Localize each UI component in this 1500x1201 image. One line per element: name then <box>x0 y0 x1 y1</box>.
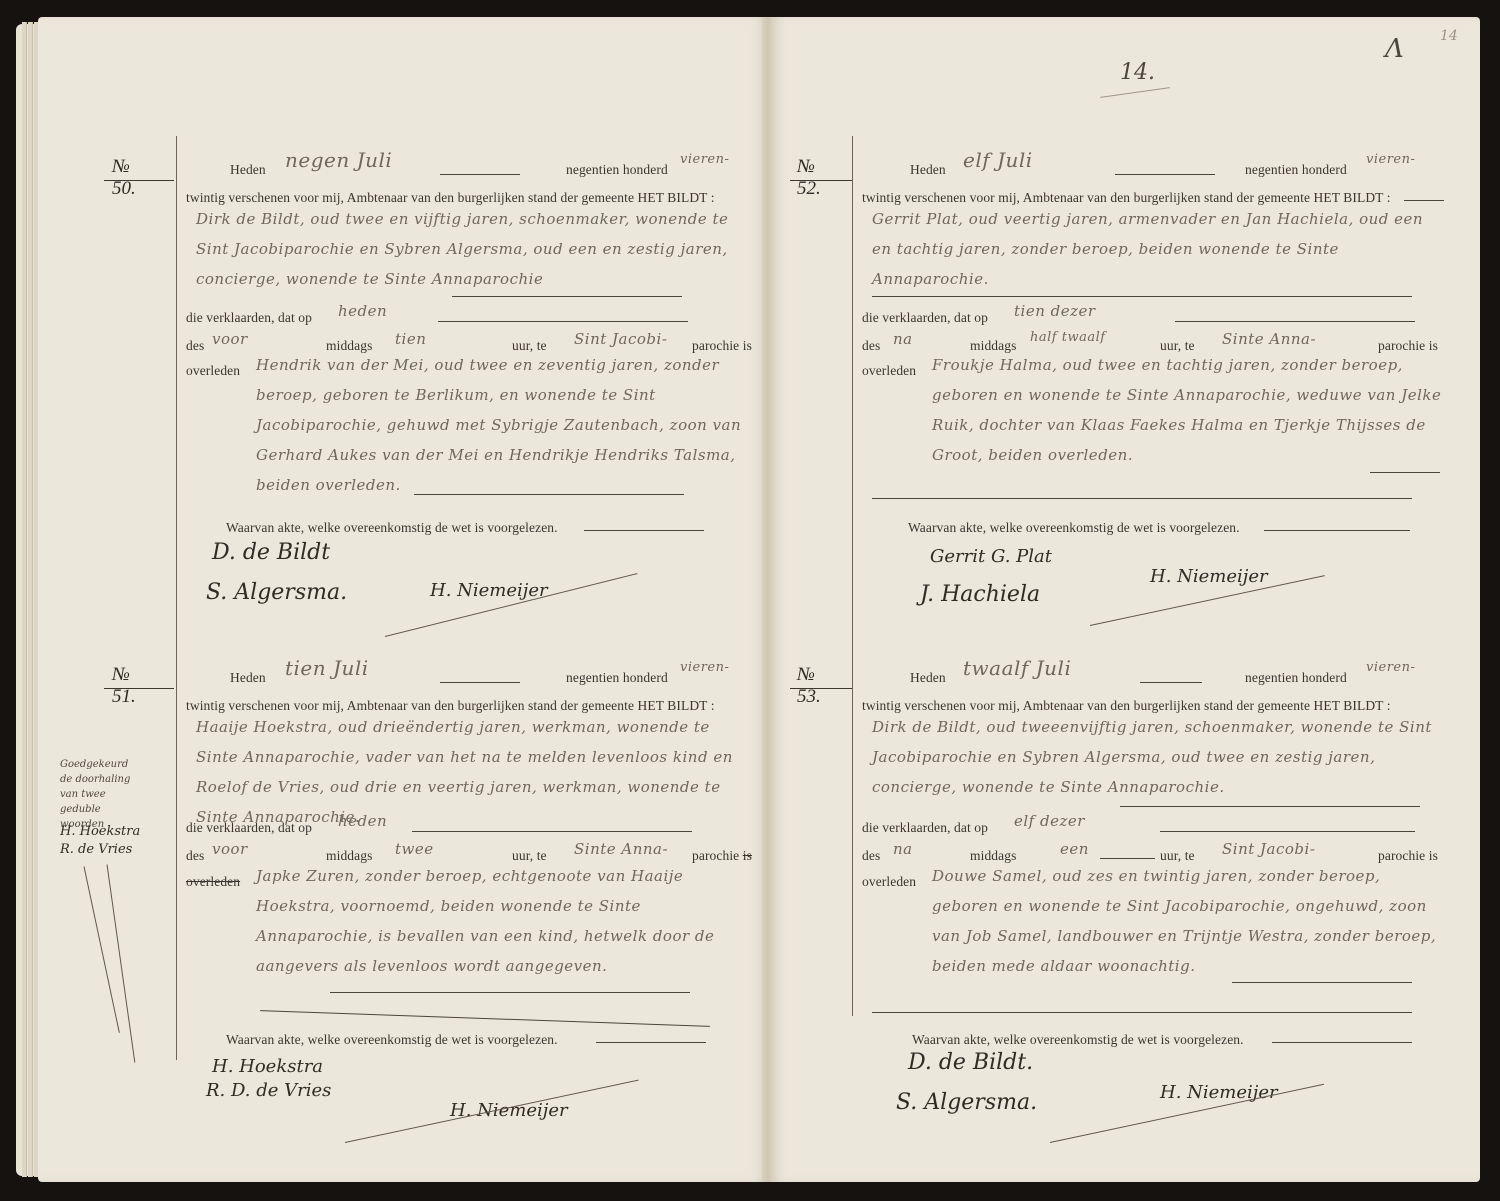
label-die-verklaarden: die verklaarden, dat op <box>862 820 988 836</box>
fill-line <box>1120 806 1420 807</box>
book-gutter <box>762 17 774 1182</box>
signature-witness-2: J. Hachiela <box>920 582 1040 607</box>
signature-registrar: H. Niemeijer <box>450 1100 568 1121</box>
signature-witness-1: D. de Bildt <box>212 540 330 565</box>
death-day: heden <box>338 812 387 830</box>
witnesses-text: Dirk de Bildt, oud twee en vijftig jaren… <box>196 204 756 294</box>
fill-line <box>1100 858 1155 859</box>
death-day: tien dezer <box>1014 302 1096 320</box>
label-des: des <box>186 848 204 864</box>
death-place: Sinte Anna- <box>574 840 668 858</box>
witnesses-text: Dirk de Bildt, oud tweeenvijftig jaren, … <box>872 712 1432 802</box>
signature-witness-1: Gerrit G. Plat <box>930 546 1052 567</box>
birth-text: Japke Zuren, zonder beroep, echtgenoote … <box>256 861 761 981</box>
label-overleden: overleden <box>186 363 240 379</box>
death-place: Sint Jacobi- <box>574 330 667 348</box>
label-heden: Heden <box>230 162 266 178</box>
year-hand: vieren- <box>1366 152 1415 167</box>
signature-witness-1: H. Hoekstra <box>212 1056 323 1077</box>
date-line <box>1115 174 1215 175</box>
voor-na: voor <box>212 330 248 348</box>
label-negentien-honderd: negentien honderd <box>1245 670 1347 686</box>
death-hour: half twaalf <box>1030 330 1106 345</box>
page-number: 14. <box>1120 60 1155 85</box>
death-place: Sinte Anna- <box>1222 330 1316 348</box>
entry-number: № 53. <box>797 664 821 708</box>
label-waarvan: Waarvan akte, welke overeenkomstig de we… <box>912 1032 1244 1048</box>
corner-number: 14 <box>1440 28 1458 44</box>
label-heden: Heden <box>910 670 946 686</box>
label-waarvan: Waarvan akte, welke overeenkomstig de we… <box>908 520 1240 536</box>
right-margin-line <box>852 136 853 1016</box>
entry-date: elf Juli <box>963 148 1033 172</box>
signature-witness-2: S. Algersma. <box>206 580 347 605</box>
label-waarvan: Waarvan akte, welke overeenkomstig de we… <box>226 1032 558 1048</box>
entry-date: tien Juli <box>285 656 369 680</box>
label-des: des <box>862 848 880 864</box>
label-des: des <box>186 338 204 354</box>
fill-line <box>1404 200 1444 201</box>
fill-line <box>330 992 690 993</box>
entry-date: twaalf Juli <box>963 656 1071 680</box>
signature-registrar: H. Niemeijer <box>1160 1082 1278 1103</box>
label-die-verklaarden: die verklaarden, dat op <box>862 310 988 326</box>
fill-line <box>452 296 682 297</box>
voor-na: na <box>893 840 913 858</box>
death-hour: een <box>1060 840 1089 858</box>
label-die-verklaarden: die verklaarden, dat op <box>186 310 312 326</box>
entry-date: negen Juli <box>285 148 392 172</box>
voor-na: na <box>893 330 913 348</box>
label-die-verklaarden: die verklaarden, dat op <box>186 820 312 836</box>
margin-note: Goedgekeurd de doorhaling van twee gedub… <box>60 757 140 832</box>
margin-signature-2: R. de Vries <box>60 842 132 857</box>
signature-registrar: H. Niemeijer <box>1150 566 1268 587</box>
signature-witness-1: D. de Bildt. <box>908 1050 1033 1075</box>
fill-line <box>872 1012 1412 1013</box>
death-hour: twee <box>395 840 434 858</box>
year-hand: vieren- <box>680 152 729 167</box>
signature-witness-2: S. Algersma. <box>896 1090 1037 1115</box>
signature-registrar: H. Niemeijer <box>430 580 548 601</box>
margin-signature-1: H. Hoekstra <box>60 824 140 839</box>
page-stack <box>28 22 33 1177</box>
fill-line <box>412 831 692 832</box>
entry-number-underline <box>104 180 174 181</box>
fill-line <box>438 321 688 322</box>
label-des: des <box>862 338 880 354</box>
death-place: Sint Jacobi- <box>1222 840 1315 858</box>
entry-number-underline <box>790 180 852 181</box>
fill-line <box>872 498 1412 499</box>
death-day: heden <box>338 302 387 320</box>
witnesses-text: Haaije Hoekstra, oud drieëndertig jaren,… <box>196 712 756 832</box>
corner-mark: Λ <box>1385 34 1404 64</box>
deceased-text: Hendrik van der Mei, oud twee en zeventi… <box>256 350 761 500</box>
label-negentien-honderd: negentien honderd <box>566 162 668 178</box>
fill-line <box>1272 1042 1412 1043</box>
date-line <box>440 682 520 683</box>
fill-line <box>414 494 684 495</box>
entry-number-underline <box>790 688 852 689</box>
fill-line <box>1160 831 1415 832</box>
signature-witness-2: R. D. de Vries <box>206 1080 331 1101</box>
deceased-text: Froukje Halma, oud twee en tachtig jaren… <box>932 350 1442 470</box>
page-stack <box>22 22 27 1177</box>
date-line <box>1140 682 1202 683</box>
fill-line <box>1232 982 1412 983</box>
left-margin-line-lower <box>176 640 177 1060</box>
fill-line <box>1370 472 1440 473</box>
voor-na: voor <box>212 840 248 858</box>
fill-line <box>872 296 1412 297</box>
fill-line <box>584 530 704 531</box>
death-day: elf dezer <box>1014 812 1085 830</box>
year-hand: vieren- <box>680 660 729 675</box>
death-hour: tien <box>395 330 426 348</box>
fill-line <box>596 1042 706 1043</box>
label-negentien-honderd: negentien honderd <box>566 670 668 686</box>
label-heden: Heden <box>230 670 266 686</box>
date-line <box>440 174 520 175</box>
label-overleden-struck: overleden <box>186 874 240 890</box>
label-negentien-honderd: negentien honderd <box>1245 162 1347 178</box>
label-waarvan: Waarvan akte, welke overeenkomstig de we… <box>226 520 558 536</box>
deceased-text: Douwe Samel, oud zes en twintig jaren, z… <box>932 861 1442 981</box>
fill-line <box>1264 530 1410 531</box>
entry-number: № 52. <box>797 156 821 200</box>
year-hand: vieren- <box>1366 660 1415 675</box>
entry-number: № 50. <box>112 156 136 200</box>
witnesses-text: Gerrit Plat, oud veertig jaren, armenvad… <box>872 204 1432 294</box>
fill-line <box>1175 321 1415 322</box>
entry-number-underline <box>104 688 174 689</box>
entry-number: № 51. <box>112 664 136 708</box>
label-heden: Heden <box>910 162 946 178</box>
label-overleden: overleden <box>862 874 916 890</box>
label-overleden: overleden <box>862 363 916 379</box>
